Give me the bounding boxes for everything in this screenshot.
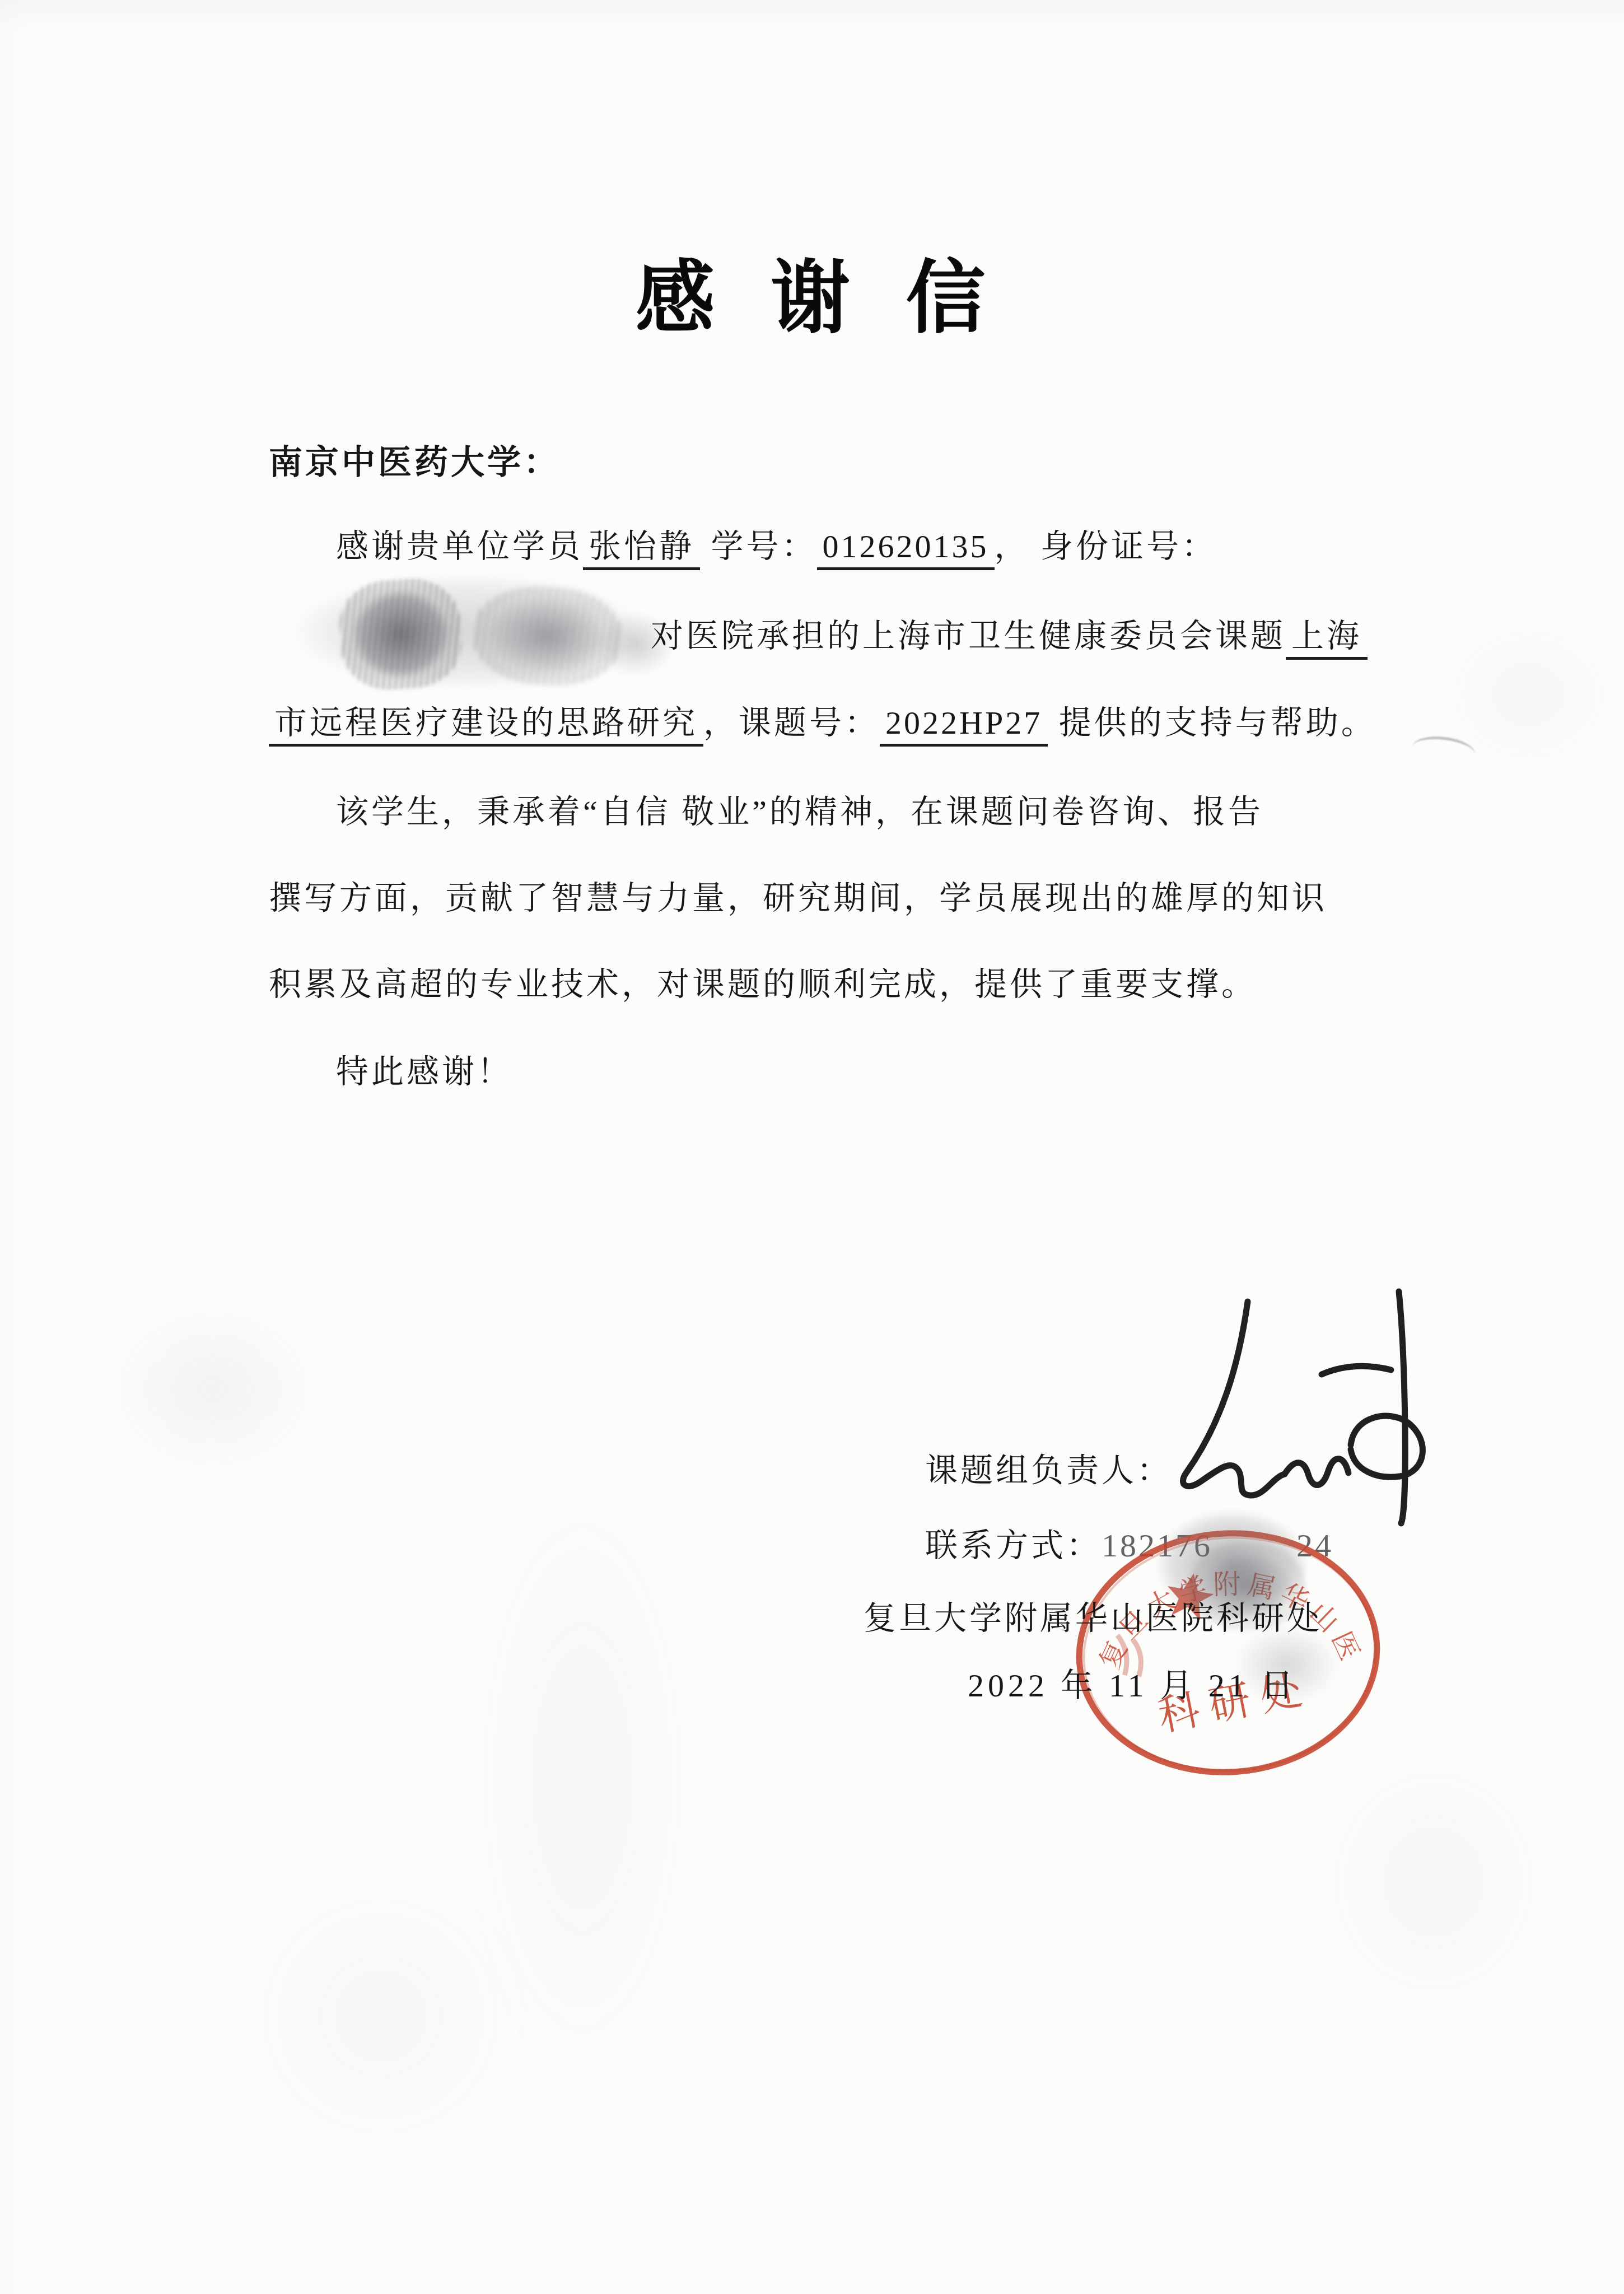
body-line-praise3: 积累及高超的专业技术，对课题的顺利完成，提供了重要支撑。 — [269, 958, 1257, 1005]
id-redaction-smudge-core2 — [471, 583, 624, 689]
project-title-part1-underlined: 上海 — [1286, 618, 1368, 660]
body-line-praise2: 撰写方面，贡献了智慧与力量，研究期间，学员展现出的雄厚的知识 — [269, 871, 1327, 918]
text-run: 学号： — [700, 528, 817, 565]
text-run: ，课题号： — [703, 705, 880, 741]
text-run: ， 身份证号： — [995, 528, 1217, 565]
student-id-underlined: 012620135 — [817, 528, 995, 570]
paper-smudge — [1411, 594, 1624, 795]
body-line-project: 对医院承担的上海市卫生健康委员会课题上海 — [651, 609, 1368, 656]
letter-page: 感 谢 信 南京中医药大学： 感谢贵单位学员张怡静 学号：012620135， … — [0, 0, 1624, 2294]
leader-label: 课题组负责人： — [925, 1444, 1172, 1491]
body-line-project2: 市远程医疗建设的思路研究，课题号：2022HP27 提供的支持与帮助。 — [269, 696, 1376, 743]
id-redaction-smudge-core — [337, 576, 464, 693]
organization-line: 复旦大学附属华山医院科研处 — [864, 1592, 1322, 1639]
date-line: 2022 年 11 月 21 日 — [968, 1659, 1297, 1706]
paper-smudge — [185, 1820, 577, 2212]
paper-smudge — [67, 1271, 358, 1507]
text-run: 对医院承担的上海市卫生健康委员会课题 — [651, 618, 1286, 654]
body-line-intro: 感谢贵单位学员张怡静 学号：012620135， 身份证号： — [336, 520, 1217, 567]
student-name-underlined: 张怡静 — [583, 528, 700, 570]
page-title: 感 谢 信 — [636, 234, 989, 348]
text-run: 感谢贵单位学员 — [336, 528, 583, 565]
id-redaction-smudge-haze — [241, 557, 694, 706]
project-title-part2-underlined: 市远程医疗建设的思路研究 — [269, 705, 703, 747]
project-number-underlined: 2022HP27 — [880, 705, 1048, 747]
paper-smudge — [426, 1372, 739, 2184]
salutation: 南京中医药大学： — [269, 436, 560, 484]
pencil-mark — [1411, 733, 1477, 767]
closing-thanks: 特此感谢！ — [336, 1045, 512, 1092]
body-line-praise1: 该学生，秉承着“自信 敬业”的精神，在课题问卷咨询、报告 — [336, 785, 1263, 832]
text-run: 提供的支持与帮助。 — [1048, 705, 1376, 741]
